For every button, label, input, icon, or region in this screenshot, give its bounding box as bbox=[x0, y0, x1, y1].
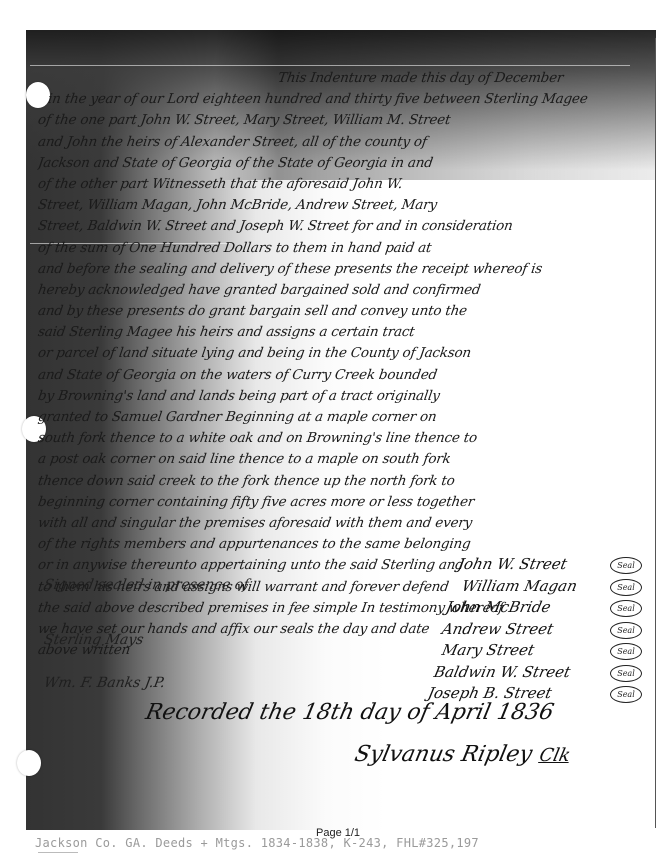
deed-line: in the year of our Lord eighteen hundred… bbox=[37, 89, 640, 110]
deed-line: This Indenture made this day of December bbox=[37, 68, 640, 89]
signatory-name: John McBride bbox=[444, 597, 553, 619]
deed-line: or parcel of land situate lying and bein… bbox=[37, 343, 640, 364]
deed-line: beginning corner containing fifty five a… bbox=[37, 492, 640, 513]
deed-line: south fork thence to a white oak and on … bbox=[37, 428, 640, 449]
seal-icon: Seal bbox=[610, 643, 642, 660]
deed-line: and before the sealing and delivery of t… bbox=[37, 259, 640, 280]
signatory-name: William Magan bbox=[460, 576, 579, 598]
justice-of-peace-name: Wm. F. Banks J.P. bbox=[41, 669, 326, 698]
witness-block: Signed sealed in presence of Sterling Ma… bbox=[44, 571, 324, 698]
clerk-title: Clk bbox=[537, 745, 572, 766]
citation-underline bbox=[38, 852, 78, 853]
deed-line: a post oak corner on said line thence to… bbox=[37, 449, 640, 470]
deed-line: thence down said creek to the fork thenc… bbox=[37, 471, 640, 492]
punch-hole-bottom bbox=[17, 750, 41, 776]
deed-line: granted to Samuel Gardner Beginning at a… bbox=[37, 407, 640, 428]
source-citation: Jackson Co. GA. Deeds + Mtgs. 1834-1838,… bbox=[35, 836, 479, 850]
deed-line: and John the heirs of Alexander Street, … bbox=[37, 132, 640, 153]
deed-line: hereby acknowledged have granted bargain… bbox=[37, 280, 640, 301]
signature-row: Mary Street Seal bbox=[410, 640, 650, 662]
clerk-name: Sylvanus Ripley bbox=[352, 742, 534, 767]
signature-row: Andrew Street Seal bbox=[410, 619, 650, 641]
seal-icon: Seal bbox=[610, 686, 642, 703]
signature-row: John W. Street Seal bbox=[410, 554, 650, 576]
deed-line: of the rights members and appurtenances … bbox=[37, 534, 640, 555]
deed-line: and State of Georgia on the waters of Cu… bbox=[37, 365, 640, 386]
deed-line: Jackson and State of Georgia of the Stat… bbox=[37, 153, 640, 174]
signatory-name: John W. Street bbox=[456, 554, 569, 576]
deed-line: with all and singular the premises afore… bbox=[37, 513, 640, 534]
recording-note: Recorded the 18th day of April 1836 bbox=[143, 700, 556, 725]
signature-row: Baldwin W. Street Seal bbox=[410, 662, 650, 684]
seal-icon: Seal bbox=[610, 600, 642, 617]
witness-label: Signed sealed in presence of bbox=[41, 571, 326, 600]
page-right-edge bbox=[655, 38, 656, 828]
deed-line: of the sum of One Hundred Dollars to the… bbox=[37, 238, 640, 259]
signatory-name: Mary Street bbox=[440, 640, 537, 662]
signature-row: John McBride Seal bbox=[410, 597, 650, 619]
seal-icon: Seal bbox=[610, 557, 642, 574]
seal-icon: Seal bbox=[610, 665, 642, 682]
scan-artifact-line bbox=[30, 65, 630, 66]
signature-row: William Magan Seal bbox=[410, 576, 650, 598]
deed-line: of the other part Witnesseth that the af… bbox=[37, 174, 640, 195]
signatories-list: John W. Street Seal William Magan Seal J… bbox=[410, 554, 650, 705]
witness-spacer bbox=[43, 655, 325, 669]
witness-name: Sterling Mays bbox=[41, 626, 326, 655]
seal-icon: Seal bbox=[610, 579, 642, 596]
deed-line: and by these presents do grant bargain s… bbox=[37, 301, 640, 322]
signatory-name: Baldwin W. Street bbox=[432, 662, 573, 684]
deed-line: Street, Baldwin W. Street and Joseph W. … bbox=[37, 216, 640, 237]
deed-line: said Sterling Magee his heirs and assign… bbox=[37, 322, 640, 343]
witness-spacer bbox=[42, 600, 327, 626]
deed-line: Street, William Magan, John McBride, And… bbox=[37, 195, 640, 216]
signatory-name: Andrew Street bbox=[440, 619, 556, 641]
seal-icon: Seal bbox=[610, 622, 642, 639]
deed-line: by Browning's land and lands being part … bbox=[37, 386, 640, 407]
deed-line: of the one part John W. Street, Mary Str… bbox=[37, 110, 640, 131]
clerk-signature: Sylvanus RipleyClk bbox=[352, 742, 573, 767]
